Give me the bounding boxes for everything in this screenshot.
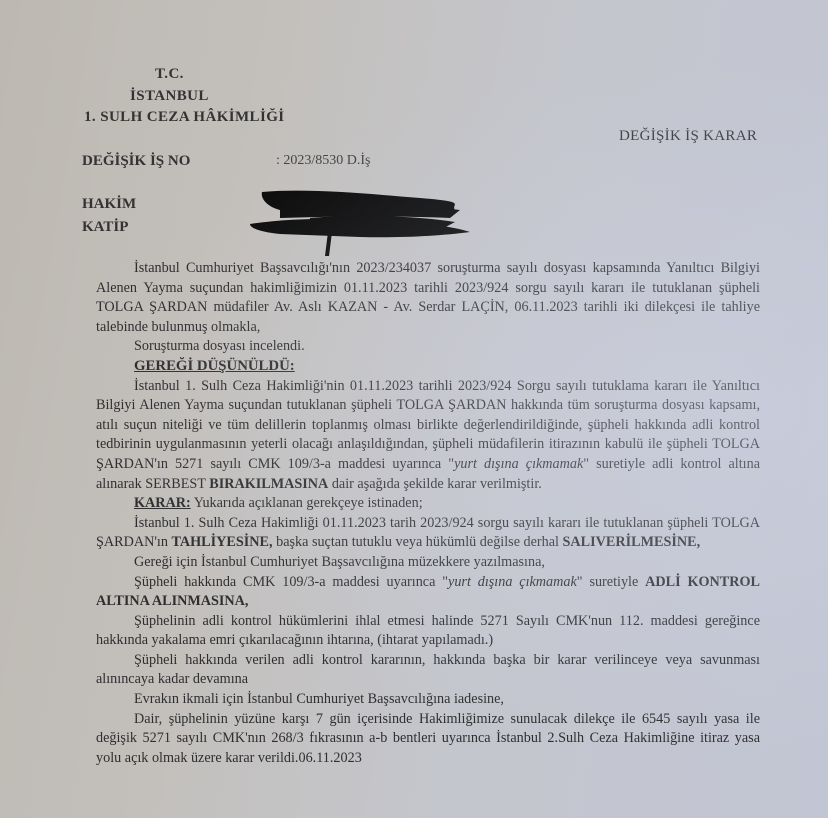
file-reviewed-note: Soruşturma dosyası incelendi.: [96, 337, 760, 357]
header-court: 1. SULH CEZA HÂKİMLİĞİ: [84, 109, 285, 126]
decision-item-warning: Şüphelinin adli kontrol hükümlerini ihla…: [96, 612, 760, 651]
court-decision-document: T.C. İSTANBUL 1. SULH CEZA HÂKİMLİĞİ DEĞ…: [0, 0, 828, 818]
redaction-scribble: [250, 182, 480, 257]
decision-item-appeal: Dair, şüphelinin yüzüne karşı 7 gün içer…: [96, 710, 760, 769]
decision-item-judicial-control: Şüpheli hakkında CMK 109/3-a maddesi uya…: [96, 573, 760, 612]
decision-heading-rest: Yukarıda açıklanan gerekçeye istinaden;: [191, 495, 423, 511]
file-number-value: : 2023/8530 D.İş: [276, 153, 371, 169]
reasoning-italic: yurt dışına çıkmamak: [454, 456, 583, 472]
decision-item-return: Evrakın ikmali için İstanbul Cumhuriyet …: [96, 690, 760, 710]
decision-item-release: İstanbul 1. Sulh Ceza Hakimliği 01.11.20…: [96, 514, 760, 553]
release-bold-2: SALIVERİLMESİNE,: [563, 534, 701, 550]
document-body: İstanbul Cumhuriyet Başsavcılığı'nın 202…: [96, 259, 760, 768]
header-republic: T.C.: [155, 66, 184, 83]
decision-heading: KARAR:: [134, 495, 191, 511]
intro-paragraph: İstanbul Cumhuriyet Başsavcılığı'nın 202…: [96, 259, 760, 337]
control-text-cont: " suretiyle: [577, 574, 645, 590]
decision-item-continuation: Şüpheli hakkında verilen adli kontrol ka…: [96, 651, 760, 690]
control-italic: yurt dışına çıkmamak: [448, 574, 577, 590]
decision-item-notice: Gereği için İstanbul Cumhuriyet Başsavcı…: [96, 553, 760, 573]
reasoning-paragraph: İstanbul 1. Sulh Ceza Hakimliği'nin 01.1…: [96, 377, 760, 495]
header-city: İSTANBUL: [130, 88, 209, 105]
release-text-cont: başka suçtan tutuklu veya hükümlü değils…: [273, 534, 563, 550]
reasoning-heading: GEREĞİ DÜŞÜNÜLDÜ:: [134, 357, 760, 377]
reasoning-text-end: dair aşağıda şekilde karar verilmiştir.: [328, 476, 542, 492]
release-bold: TAHLİYESİNE,: [171, 534, 272, 550]
reasoning-bold: BIRAKILMASINA: [209, 476, 328, 492]
decision-type: DEĞİŞİK İŞ KARAR: [619, 128, 757, 145]
judge-label: HAKİM: [82, 196, 136, 213]
decision-intro: KARAR: Yukarıda açıklanan gerekçeye isti…: [96, 494, 760, 514]
clerk-label: KATİP: [82, 219, 128, 236]
file-number-label: DEĞİŞİK İŞ NO: [82, 153, 190, 170]
control-text: Şüpheli hakkında CMK 109/3-a maddesi uya…: [134, 574, 448, 590]
